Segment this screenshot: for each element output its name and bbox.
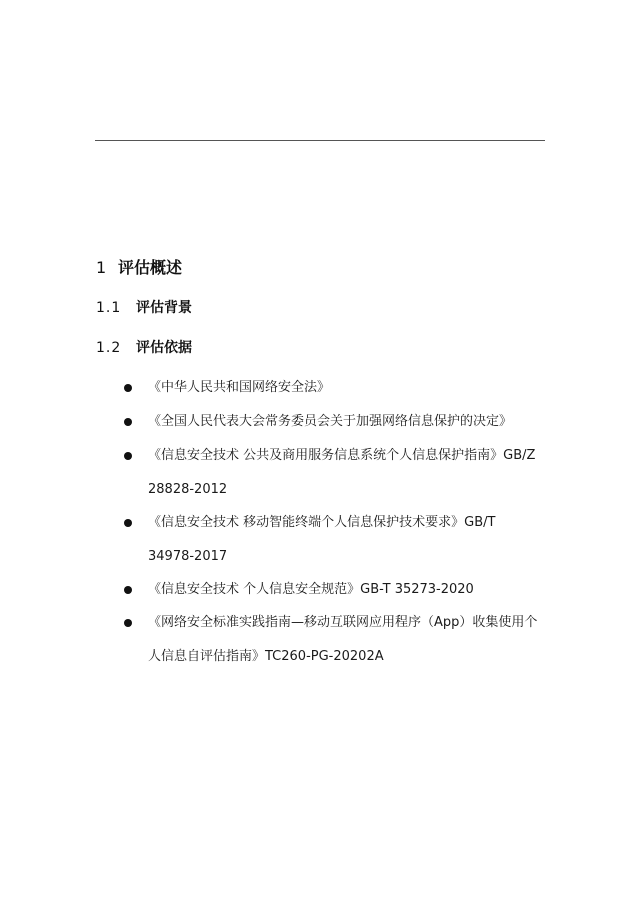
- subsection-heading-basis: 1.2评估依据: [96, 338, 192, 358]
- reference-item: 《信息安全技术 公共及商用服务信息系统个人信息保护指南》GB/Z 28828-2…: [120, 439, 550, 507]
- reference-item: 《信息安全技术 移动智能终端个人信息保护技术要求》GB/T 34978-2017: [120, 506, 550, 574]
- reference-text: 《信息安全技术 公共及商用服务信息系统个人信息保护指南》GB/Z: [120, 439, 550, 473]
- reference-text: 《信息安全技术 移动智能终端个人信息保护技术要求》GB/T: [120, 506, 550, 540]
- section-heading: 1评估概述: [96, 257, 182, 279]
- reference-text-continued: 人信息自评估指南》TC260-PG-20202A: [120, 640, 550, 674]
- bullet-icon: [124, 586, 132, 594]
- bullet-icon: [124, 519, 132, 527]
- subsection-title: 评估依据: [136, 340, 192, 356]
- reference-item: 《网络安全标准实践指南—移动互联网应用程序（App）收集使用个 人信息自评估指南…: [120, 606, 550, 674]
- reference-text-continued: 28828-2012: [120, 473, 550, 507]
- section-title: 评估概述: [118, 258, 182, 277]
- reference-item: 《中华人民共和国网络安全法》: [120, 371, 550, 405]
- section-number: 1: [96, 257, 118, 279]
- subsection-heading-background: 1.1评估背景: [96, 298, 192, 318]
- reference-text: 《中华人民共和国网络安全法》: [120, 371, 550, 405]
- reference-text-continued: 34978-2017: [120, 540, 550, 574]
- reference-text: 《信息安全技术 个人信息安全规范》GB-T 35273-2020: [120, 573, 550, 607]
- reference-text: 《网络安全标准实践指南—移动互联网应用程序（App）收集使用个: [120, 606, 550, 640]
- bullet-icon: [124, 452, 132, 460]
- subsection-number: 1.2: [96, 338, 136, 358]
- bullet-icon: [124, 619, 132, 627]
- reference-text: 《全国人民代表大会常务委员会关于加强网络信息保护的决定》: [120, 405, 550, 439]
- reference-item: 《全国人民代表大会常务委员会关于加强网络信息保护的决定》: [120, 405, 550, 439]
- reference-item: 《信息安全技术 个人信息安全规范》GB-T 35273-2020: [120, 573, 550, 607]
- document-page: 1评估概述 1.1评估背景 1.2评估依据 《中华人民共和国网络安全法》 《全国…: [0, 0, 640, 906]
- bullet-icon: [124, 384, 132, 392]
- subsection-number: 1.1: [96, 298, 136, 318]
- subsection-title: 评估背景: [136, 300, 192, 316]
- header-rule: [95, 140, 545, 141]
- bullet-icon: [124, 418, 132, 426]
